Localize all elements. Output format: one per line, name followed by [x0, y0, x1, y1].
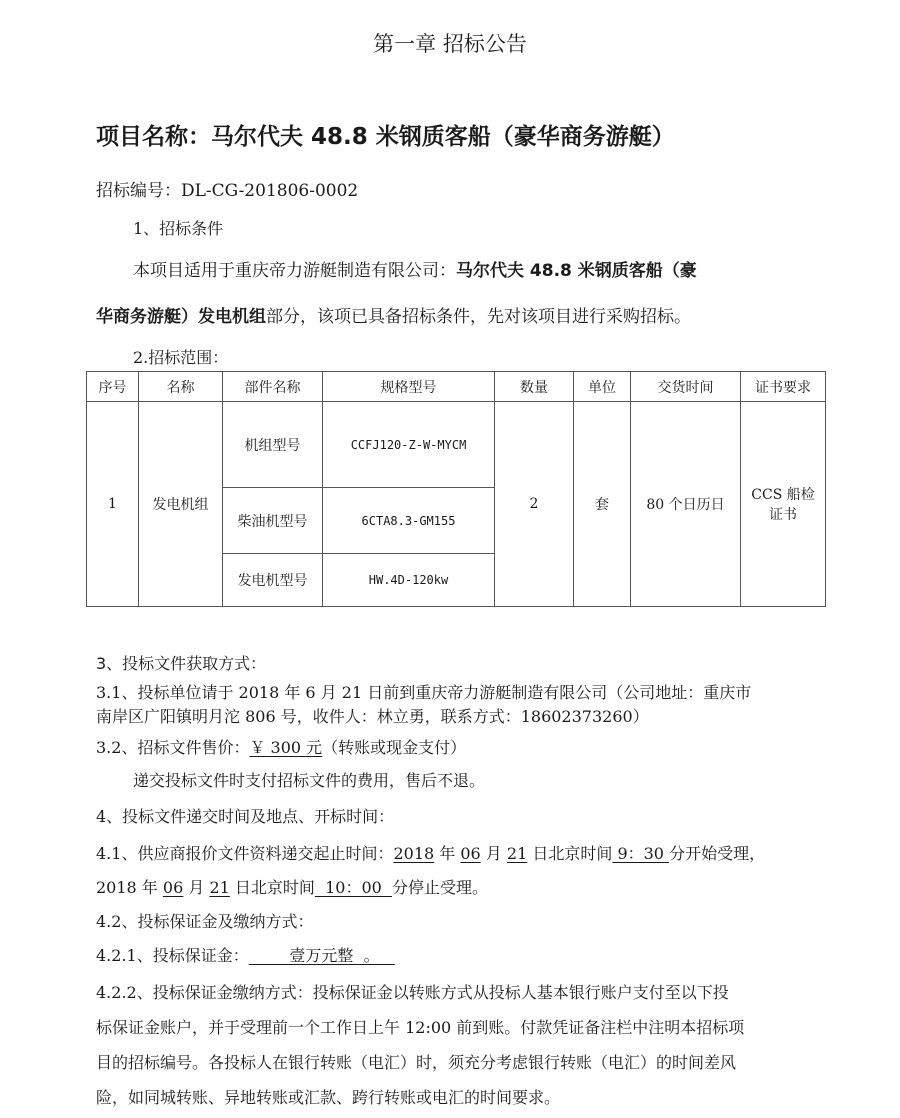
cell-part: 机组型号 [223, 402, 323, 488]
text: 月 [183, 878, 209, 897]
text: 年 [434, 844, 460, 863]
header-unit: 单位 [574, 372, 631, 402]
para-4-2-2-line-1: 4.2.2、投标保证金缴纳方式：投标保证金以转账方式从投标人基本银行账户支付至以… [96, 980, 729, 1003]
day: 21 [209, 878, 229, 897]
text: 日北京时间 [527, 844, 612, 863]
price-note: （转账或现金支付） [322, 738, 466, 757]
section-3-heading: 3、投标文件获取方式： [96, 651, 266, 674]
header-seq: 序号 [87, 372, 139, 402]
section-1-plain-2: 部分，该项已具备招标条件，先对该项目进行采购招标。 [266, 307, 691, 327]
text: 日北京时间 [230, 878, 315, 897]
text: 4.1、供应商报价文件资料递交起止时间： [96, 844, 393, 863]
deposit-label: 4.2.1、投标保证金： [96, 946, 249, 965]
cert-line-1: CCS 船检 [741, 484, 825, 504]
para-4-1-line-1: 4.1、供应商报价文件资料递交起止时间：2018 年 06 月 21 日北京时间… [96, 841, 765, 864]
cell-model: 6CTA8.3-GM155 [323, 488, 495, 554]
section-1-bold-1: 马尔代夫 48.8 米钢质客船（豪 [456, 261, 697, 281]
para-4-1-line-2: 2018 年 06 月 21 日北京时间 10：00 分停止受理。 [96, 875, 488, 898]
para-3-1-line-2: 南岸区广阳镇明月沱 806 号，收件人：林立勇，联系方式：18602373260… [96, 704, 649, 727]
price-label: 3.2、招标文件售价： [96, 738, 249, 757]
month: 06 [460, 844, 480, 863]
cell-delivery: 80 个日历日 [631, 402, 741, 607]
cell-model: HW.4D-120kw [323, 554, 495, 607]
cell-part: 柴油机型号 [223, 488, 323, 554]
section-1-line-2: 华商务游艇）发电机组部分，该项已具备招标条件，先对该项目进行采购招标。 [96, 302, 691, 327]
para-4-2: 4.2、投标保证金及缴纳方式： [96, 909, 313, 932]
cell-part: 发电机型号 [223, 554, 323, 607]
year: 2018 [393, 844, 434, 863]
header-part: 部件名称 [223, 372, 323, 402]
start-time: 9：30 [612, 844, 669, 863]
section-1-plain-1: 本项目适用于重庆帝力游艇制造有限公司： [133, 261, 456, 281]
text: 月 [481, 844, 507, 863]
cell-unit: 套 [574, 402, 631, 607]
project-name: 项目名称：马尔代夫 48.8 米钢质客船（豪华商务游艇） [96, 118, 675, 151]
section-1-bold-2: 华商务游艇）发电机组 [96, 307, 266, 327]
end-time: 10：00 [315, 878, 392, 897]
para-3-2-note: 递交投标文件时支付招标文件的费用，售后不退。 [133, 768, 485, 791]
price-value: ￥ 300 元 [249, 738, 322, 757]
cert-line-2: 证书 [741, 504, 825, 524]
text: 分停止受理。 [392, 878, 488, 897]
cell-name: 发电机组 [139, 402, 223, 607]
table-row: 1 发电机组 机组型号 CCFJ120-Z-W-MYCM 2 套 80 个日历日… [87, 402, 826, 488]
month: 06 [163, 878, 183, 897]
para-4-2-2-line-3: 目的招标编号。各投标人在银行转账（电汇）时，须充分考虑银行转账（电汇）的时间差风 [96, 1050, 736, 1073]
cell-seq: 1 [87, 402, 139, 607]
text: 2018 年 [96, 878, 163, 897]
text: 分开始受理， [669, 844, 765, 863]
section-1-heading: 1、招标条件 [133, 216, 223, 239]
header-name: 名称 [139, 372, 223, 402]
section-4-heading: 4、投标文件递交时间及地点、开标时间： [96, 804, 394, 827]
para-4-2-1: 4.2.1、投标保证金： 壹万元整 。 [96, 943, 395, 966]
cell-cert: CCS 船检 证书 [741, 402, 826, 607]
cell-model: CCFJ120-Z-W-MYCM [323, 402, 495, 488]
header-model: 规格型号 [323, 372, 495, 402]
para-3-2: 3.2、招标文件售价：￥ 300 元（转账或现金支付） [96, 735, 466, 758]
deposit-amount: 壹万元整 。 [249, 946, 395, 965]
day: 21 [507, 844, 527, 863]
scope-table: 序号 名称 部件名称 规格型号 数量 单位 交货时间 证书要求 1 发电机组 机… [86, 371, 826, 607]
tender-number: 招标编号：DL-CG-201806-0002 [96, 176, 358, 201]
header-qty: 数量 [495, 372, 574, 402]
chapter-title: 第一章 招标公告 [0, 28, 900, 58]
section-2-heading: 2.招标范围： [133, 345, 228, 368]
header-cert: 证书要求 [741, 372, 826, 402]
table-header-row: 序号 名称 部件名称 规格型号 数量 单位 交货时间 证书要求 [87, 372, 826, 402]
section-1-line-1: 本项目适用于重庆帝力游艇制造有限公司：马尔代夫 48.8 米钢质客船（豪 [133, 256, 697, 281]
para-3-1-line-1: 3.1、投标单位请于 2018 年 6 月 21 日前到重庆帝力游艇制造有限公司… [96, 680, 751, 703]
para-4-2-2-line-4: 险，如同城转账、异地转账或汇款、跨行转账或电汇的时间要求。 [96, 1085, 560, 1108]
header-delivery: 交货时间 [631, 372, 741, 402]
cell-qty: 2 [495, 402, 574, 607]
para-4-2-2-line-2: 标保证金账户，并于受理前一个工作日上午 12:00 前到账。付款凭证备注栏中注明… [96, 1015, 744, 1038]
